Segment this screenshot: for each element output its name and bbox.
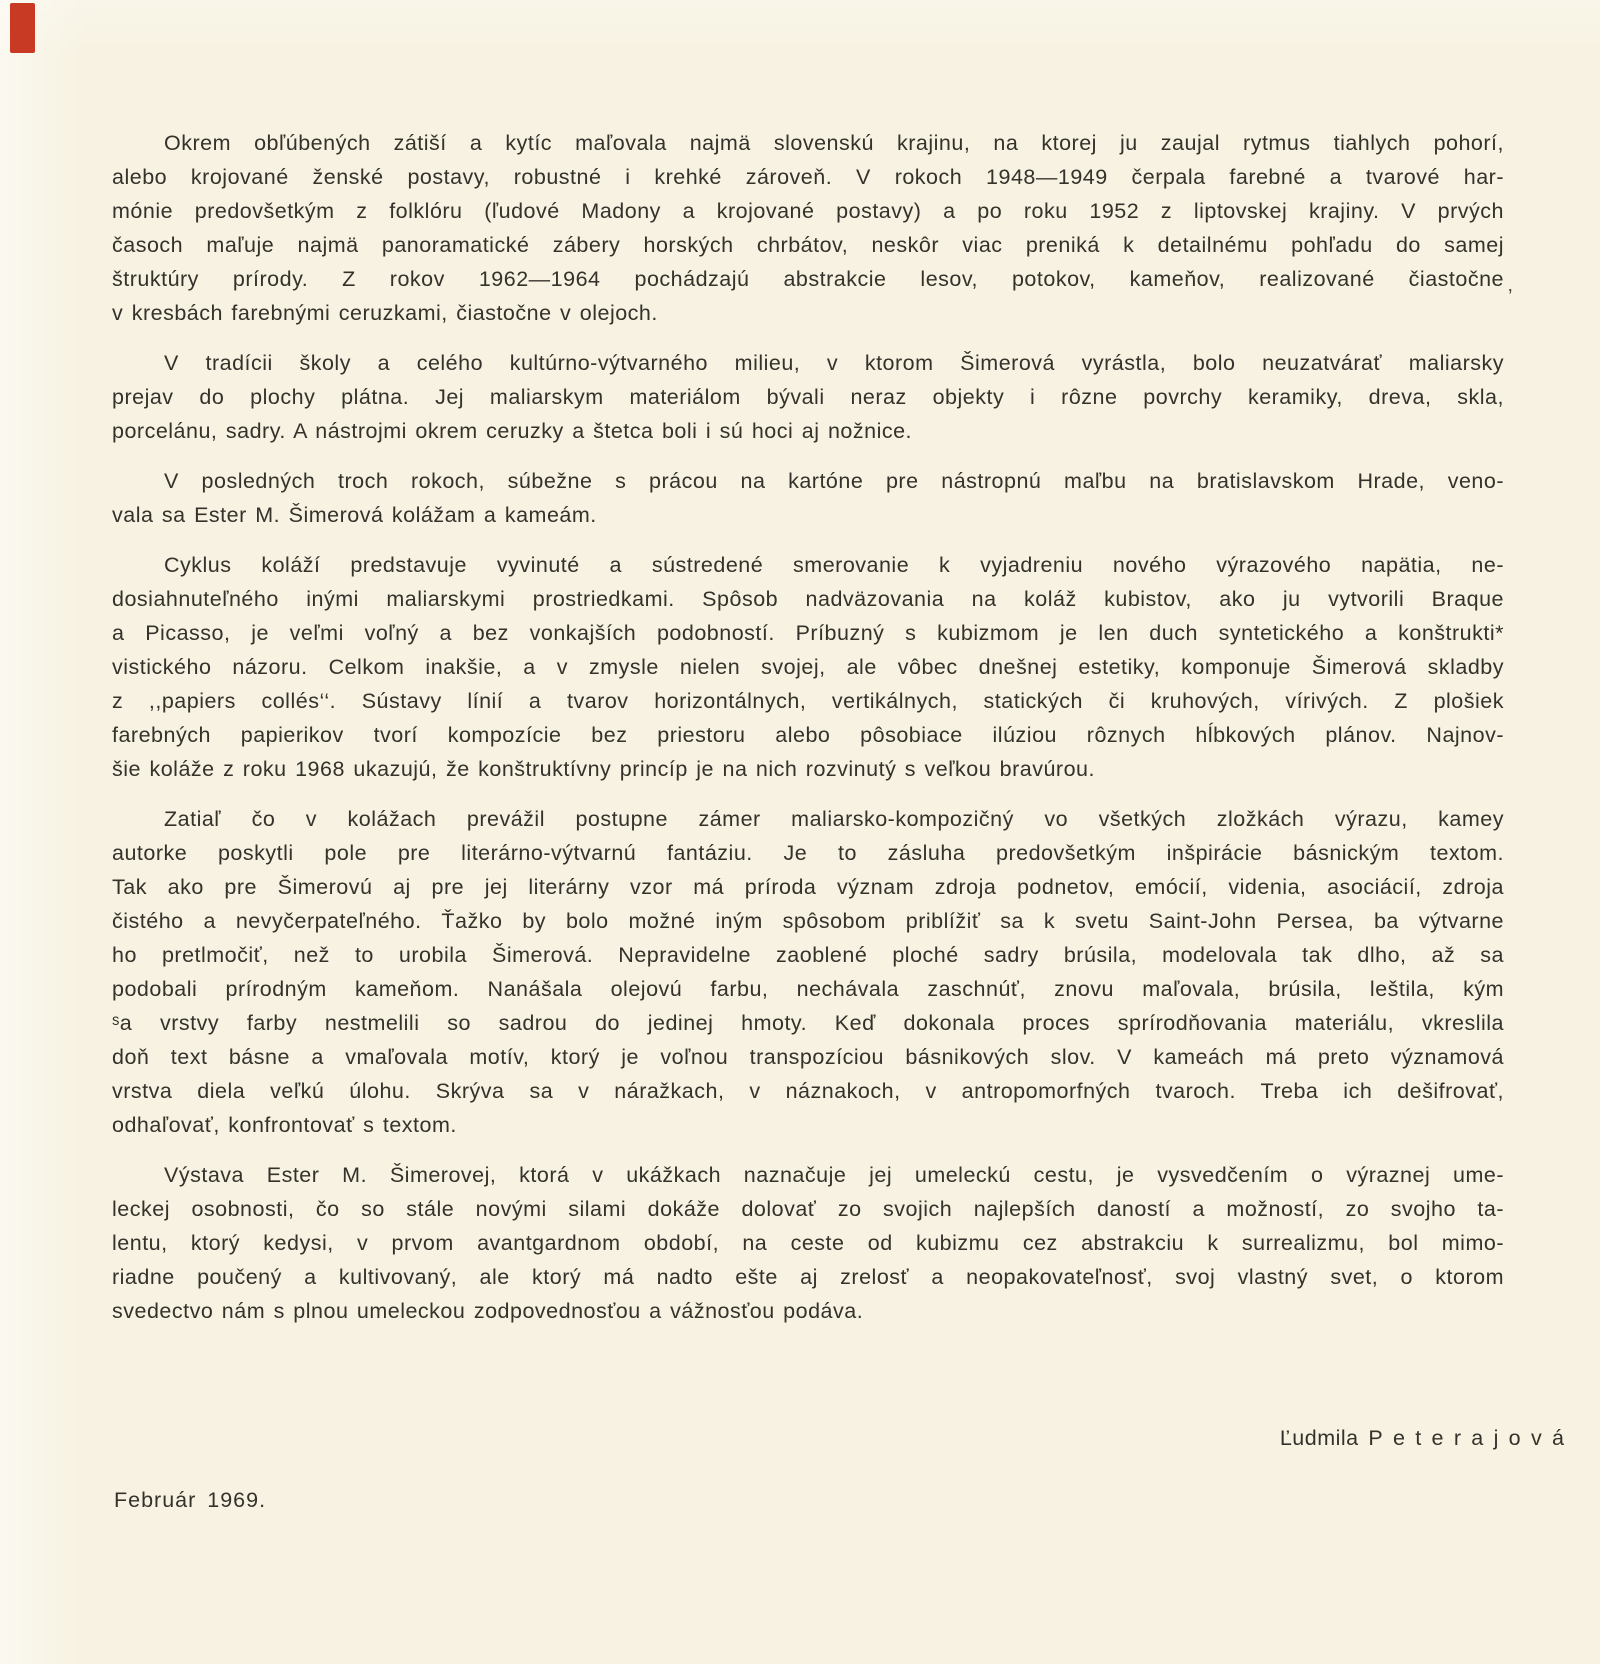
text-line: časoch maľuje najmä panoramatické zábery… <box>112 228 1504 262</box>
text-line: autorke poskytli pole pre literárno-výtv… <box>112 836 1504 870</box>
author-last-name: Peterajová <box>1368 1426 1574 1450</box>
text-line: čistého a nevyčerpateľného. Ťažko by bol… <box>112 904 1504 938</box>
paragraph: V posledných troch rokoch, súbežne s prá… <box>112 464 1504 532</box>
author-signature: ĽudmilaPeterajová <box>1280 1426 1564 1451</box>
text-line: Tak ako pre Šimerovú aj pre jej literárn… <box>112 870 1504 904</box>
text-line: Okrem obľúbených zátiší a kytíc maľovala… <box>112 126 1504 160</box>
text-line: vistického názoru. Celkom inakšie, a v z… <box>112 650 1504 684</box>
text-line: Zatiaľ čo v kolážach prevážil postupne z… <box>112 802 1504 836</box>
text-line: farebných papierikov tvorí kompozície be… <box>112 718 1504 752</box>
text-line: alebo krojované ženské postavy, robustné… <box>112 160 1504 194</box>
text-line: doň text básne a vmaľovala motív, ktorý … <box>112 1040 1504 1074</box>
text-line: ˢa vrstvy farby nestmelili so sadrou do … <box>112 1006 1504 1040</box>
author-first-name: Ľudmila <box>1280 1426 1359 1450</box>
text-line: riadne poučený a kultivovaný, ale ktorý … <box>112 1260 1504 1294</box>
text-line: Výstava Ester M. Šimerovej, ktorá v ukáž… <box>112 1158 1504 1192</box>
date-line: Február 1969. <box>114 1488 266 1513</box>
scan-registration-mark <box>10 3 35 53</box>
text-line: leckej osobnosti, čo so stále novými sil… <box>112 1192 1504 1226</box>
text-line: prejav do plochy plátna. Jej maliarskym … <box>112 380 1504 414</box>
text-line: podobali prírodným kameňom. Nanášala ole… <box>112 972 1504 1006</box>
text-line: v kresbách farebnými ceruzkami, čiastočn… <box>112 296 1504 330</box>
paragraph: Okrem obľúbených zátiší a kytíc maľovala… <box>112 126 1504 330</box>
text-line: V posledných troch rokoch, súbežne s prá… <box>112 464 1504 498</box>
text-line: porcelánu, sadry. A nástrojmi okrem ceru… <box>112 414 1504 448</box>
text-line: vala sa Ester M. Šimerová kolážam a kame… <box>112 498 1504 532</box>
text-line: šie koláže z roku 1968 ukazujú, že konšt… <box>112 752 1504 786</box>
scanned-page: Okrem obľúbených zátiší a kytíc maľovala… <box>0 0 1600 1664</box>
paragraph: Výstava Ester M. Šimerovej, ktorá v ukáž… <box>112 1158 1504 1328</box>
paragraph: Cyklus koláží predstavuje vyvinuté a sús… <box>112 548 1504 786</box>
text-line: odhaľovať, konfrontovať s textom. <box>112 1108 1504 1142</box>
text-line: Cyklus koláží predstavuje vyvinuté a sús… <box>112 548 1504 582</box>
text-line: svedectvo nám s plnou umeleckou zodpoved… <box>112 1294 1504 1328</box>
essay-body: Okrem obľúbených zátiší a kytíc maľovala… <box>112 126 1504 1328</box>
text-line: vrstva diela veľkú úlohu. Skrýva sa v ná… <box>112 1074 1504 1108</box>
text-line: a Picasso, je veľmi voľný a bez vonkajší… <box>112 616 1504 650</box>
text-line: dosiahnuteľného inými maliarskymi prostr… <box>112 582 1504 616</box>
paragraph: Zatiaľ čo v kolážach prevážil postupne z… <box>112 802 1504 1142</box>
text-line: štruktúry prírody. Z rokov 1962—1964 poc… <box>112 262 1504 296</box>
text-line: z ,,papiers collés‘‘. Sústavy línií a tv… <box>112 684 1504 718</box>
paragraph: V tradícii školy a celého kultúrno-výtva… <box>112 346 1504 448</box>
text-line: ho pretlmočiť, než to urobila Šimerová. … <box>112 938 1504 972</box>
text-line: V tradícii školy a celého kultúrno-výtva… <box>112 346 1504 380</box>
text-line: lentu, ktorý kedysi, v prvom avantgardno… <box>112 1226 1504 1260</box>
scan-stray-mark: ’ <box>1508 286 1512 309</box>
text-line: mónie predovšetkým z folklóru (ľudové Ma… <box>112 194 1504 228</box>
